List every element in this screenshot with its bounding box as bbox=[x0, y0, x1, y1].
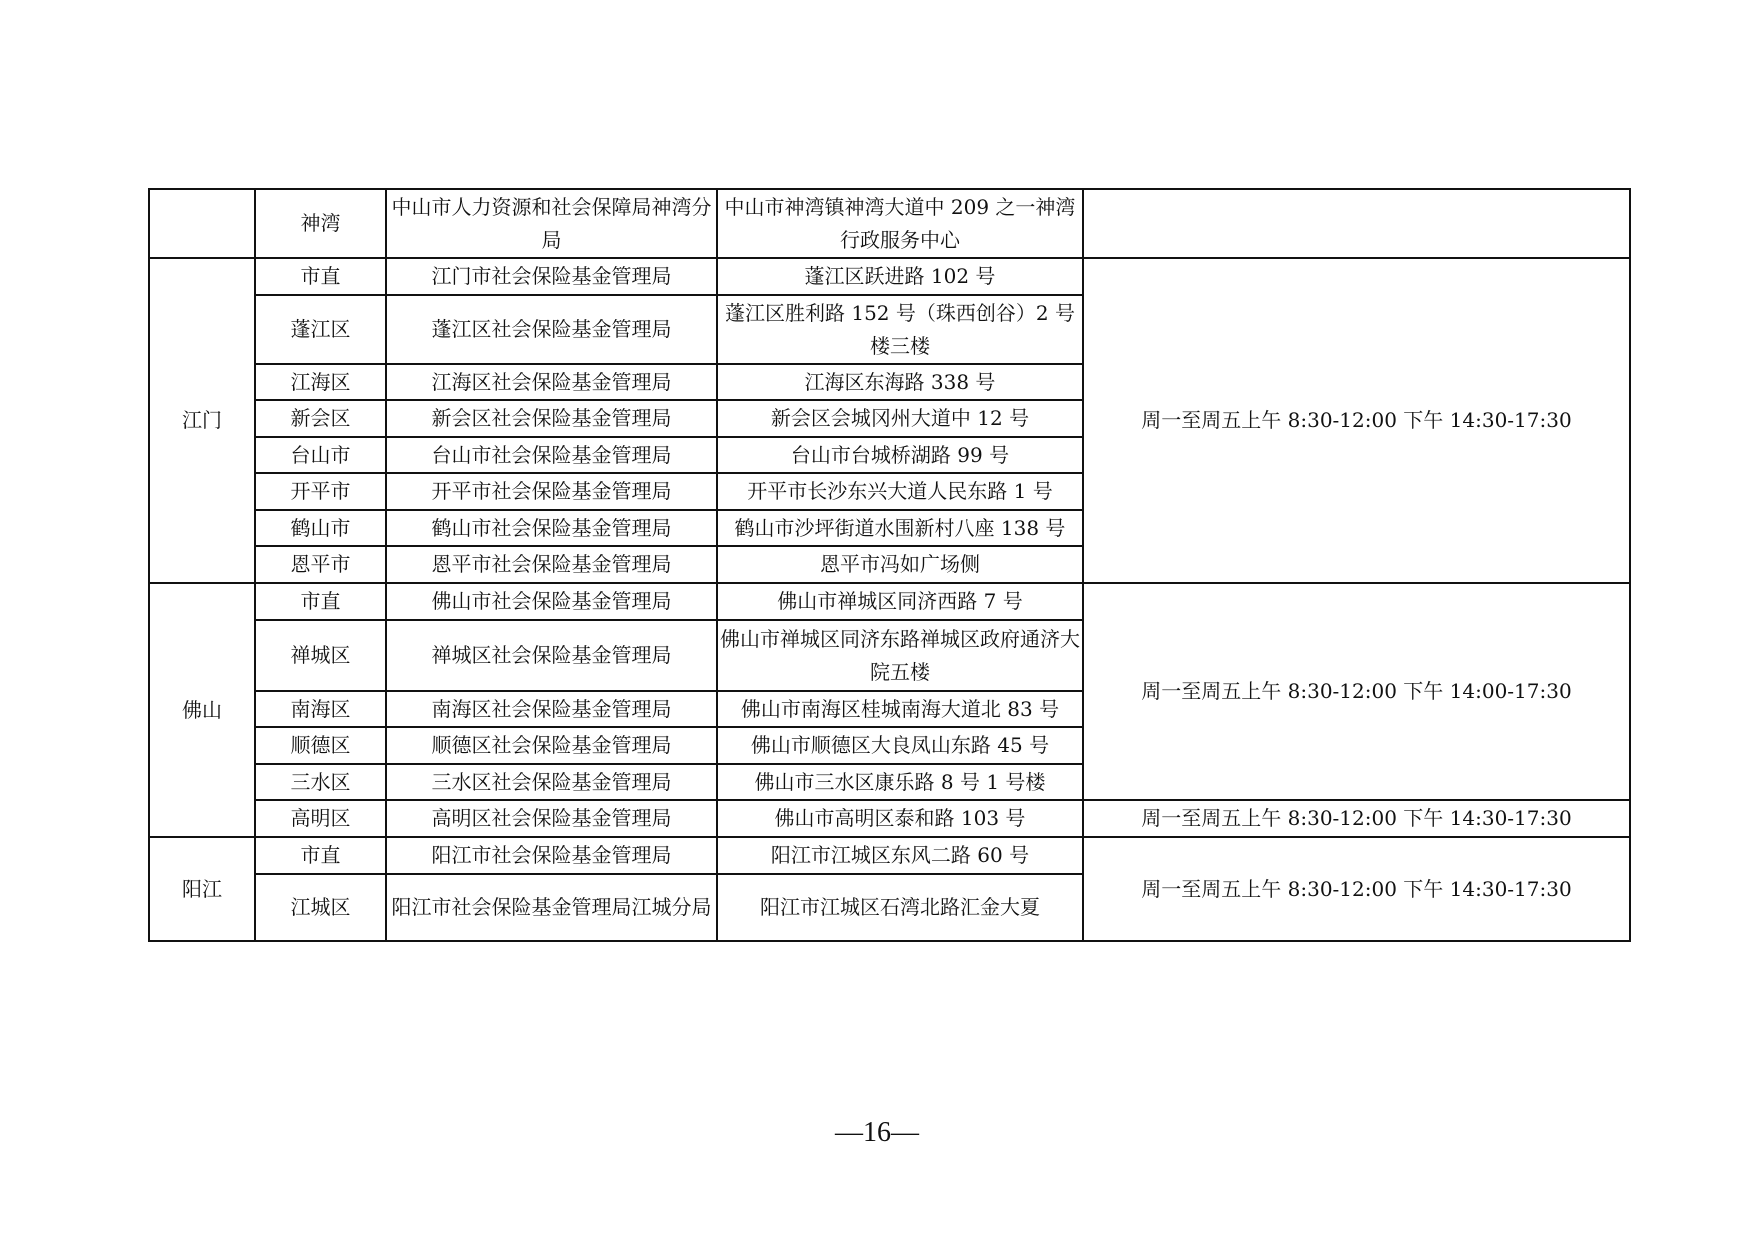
agency-cell: 新会区社会保险基金管理局 bbox=[386, 400, 717, 437]
address-cell: 恩平市冯如广场侧 bbox=[717, 546, 1083, 583]
hours-cell-foshan: 周一至周五上午 8:30-12:00 下午 14:00-17:30 bbox=[1083, 583, 1630, 800]
address-cell: 佛山市禅城区同济西路 7 号 bbox=[717, 583, 1083, 620]
agency-cell: 江海区社会保险基金管理局 bbox=[386, 364, 717, 400]
agency-cell: 三水区社会保险基金管理局 bbox=[386, 764, 717, 800]
address-cell: 鹤山市沙坪街道水围新村八座 138 号 bbox=[717, 510, 1083, 546]
district-cell: 市直 bbox=[255, 258, 386, 295]
city-cell-yangjiang: 阳江 bbox=[149, 837, 255, 941]
district-cell: 市直 bbox=[255, 837, 386, 874]
table-row: 佛山 市直 佛山市社会保险基金管理局 佛山市禅城区同济西路 7 号 周一至周五上… bbox=[149, 583, 1630, 620]
hours-cell bbox=[1083, 189, 1630, 258]
district-cell: 蓬江区 bbox=[255, 295, 386, 364]
agency-cell: 南海区社会保险基金管理局 bbox=[386, 691, 717, 727]
address-cell: 佛山市顺德区大良凤山东路 45 号 bbox=[717, 727, 1083, 764]
address-cell: 阳江市江城区石湾北路汇金大夏 bbox=[717, 874, 1083, 941]
address-cell: 江海区东海路 338 号 bbox=[717, 364, 1083, 400]
district-cell: 顺德区 bbox=[255, 727, 386, 764]
hours-cell-yangjiang: 周一至周五上午 8:30-12:00 下午 14:30-17:30 bbox=[1083, 837, 1630, 941]
agency-cell: 中山市人力资源和社会保障局神湾分局 bbox=[386, 189, 717, 258]
agency-cell: 江门市社会保险基金管理局 bbox=[386, 258, 717, 295]
agency-cell: 台山市社会保险基金管理局 bbox=[386, 437, 717, 473]
service-office-table: 神湾 中山市人力资源和社会保障局神湾分局 中山市神湾镇神湾大道中 209 之一神… bbox=[148, 188, 1631, 942]
address-cell: 新会区会城冈州大道中 12 号 bbox=[717, 400, 1083, 437]
table-row: 高明区 高明区社会保险基金管理局 佛山市高明区泰和路 103 号 周一至周五上午… bbox=[149, 800, 1630, 837]
agency-cell: 顺德区社会保险基金管理局 bbox=[386, 727, 717, 764]
address-cell: 蓬江区跃进路 102 号 bbox=[717, 258, 1083, 295]
agency-cell: 佛山市社会保险基金管理局 bbox=[386, 583, 717, 620]
district-cell: 台山市 bbox=[255, 437, 386, 473]
address-cell: 佛山市高明区泰和路 103 号 bbox=[717, 800, 1083, 837]
district-cell: 神湾 bbox=[255, 189, 386, 258]
district-cell: 鹤山市 bbox=[255, 510, 386, 546]
city-cell bbox=[149, 189, 255, 258]
hours-cell-jiangmen: 周一至周五上午 8:30-12:00 下午 14:30-17:30 bbox=[1083, 258, 1630, 583]
agency-cell: 鹤山市社会保险基金管理局 bbox=[386, 510, 717, 546]
address-cell: 阳江市江城区东风二路 60 号 bbox=[717, 837, 1083, 874]
city-cell-jiangmen: 江门 bbox=[149, 258, 255, 583]
agency-cell: 禅城区社会保险基金管理局 bbox=[386, 620, 717, 691]
district-cell: 江城区 bbox=[255, 874, 386, 941]
table-row: 江门 市直 江门市社会保险基金管理局 蓬江区跃进路 102 号 周一至周五上午 … bbox=[149, 258, 1630, 295]
agency-cell: 恩平市社会保险基金管理局 bbox=[386, 546, 717, 583]
district-cell: 恩平市 bbox=[255, 546, 386, 583]
address-cell: 佛山市三水区康乐路 8 号 1 号楼 bbox=[717, 764, 1083, 800]
district-cell: 高明区 bbox=[255, 800, 386, 837]
district-cell: 江海区 bbox=[255, 364, 386, 400]
address-cell: 蓬江区胜利路 152 号（珠西创谷）2 号楼三楼 bbox=[717, 295, 1083, 364]
city-cell-foshan: 佛山 bbox=[149, 583, 255, 837]
address-cell: 台山市台城桥湖路 99 号 bbox=[717, 437, 1083, 473]
table-row: 阳江 市直 阳江市社会保险基金管理局 阳江市江城区东风二路 60 号 周一至周五… bbox=[149, 837, 1630, 874]
district-cell: 禅城区 bbox=[255, 620, 386, 691]
agency-cell: 高明区社会保险基金管理局 bbox=[386, 800, 717, 837]
district-cell: 新会区 bbox=[255, 400, 386, 437]
address-cell: 佛山市禅城区同济东路禅城区政府通济大院五楼 bbox=[717, 620, 1083, 691]
agency-cell: 阳江市社会保险基金管理局 bbox=[386, 837, 717, 874]
agency-cell: 阳江市社会保险基金管理局江城分局 bbox=[386, 874, 717, 941]
table-row: 神湾 中山市人力资源和社会保障局神湾分局 中山市神湾镇神湾大道中 209 之一神… bbox=[149, 189, 1630, 258]
page-number: —16— bbox=[0, 1117, 1754, 1149]
agency-cell: 开平市社会保险基金管理局 bbox=[386, 473, 717, 510]
district-cell: 开平市 bbox=[255, 473, 386, 510]
district-cell: 市直 bbox=[255, 583, 386, 620]
district-cell: 南海区 bbox=[255, 691, 386, 727]
district-cell: 三水区 bbox=[255, 764, 386, 800]
hours-cell-gaoming: 周一至周五上午 8:30-12:00 下午 14:30-17:30 bbox=[1083, 800, 1630, 837]
address-cell: 中山市神湾镇神湾大道中 209 之一神湾行政服务中心 bbox=[717, 189, 1083, 258]
address-cell: 佛山市南海区桂城南海大道北 83 号 bbox=[717, 691, 1083, 727]
address-cell: 开平市长沙东兴大道人民东路 1 号 bbox=[717, 473, 1083, 510]
agency-cell: 蓬江区社会保险基金管理局 bbox=[386, 295, 717, 364]
